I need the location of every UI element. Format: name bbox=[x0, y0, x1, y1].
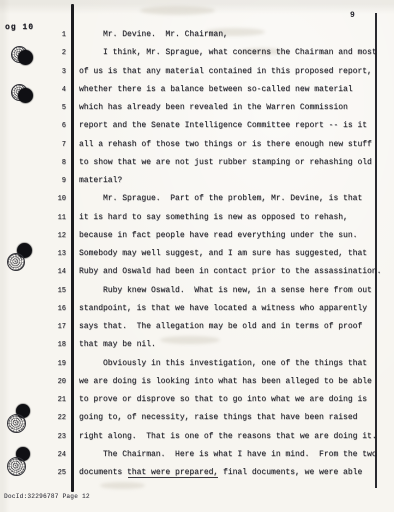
transcript-line-text: we are doing is looking into what has be… bbox=[79, 373, 391, 391]
transcript-line-text: to show that we are not just rubber stam… bbox=[79, 154, 391, 172]
line-number: 16 bbox=[44, 300, 66, 318]
transcript-line-text: right along. That is one of the reasons … bbox=[79, 428, 391, 446]
transcript-line-text: to prove or disprove so that to go into … bbox=[79, 391, 391, 409]
line-number: 15 bbox=[44, 282, 66, 300]
scribble-stamp-icon bbox=[7, 253, 25, 271]
transcript-line-text: Ruby and Oswald had been in contact prio… bbox=[79, 263, 391, 281]
transcript-line-text: all a rehash of those two things or is t… bbox=[79, 136, 391, 154]
transcript-line-text: Mr. Sprague. Part of the problem, Mr. De… bbox=[79, 190, 391, 208]
line-number: 2 bbox=[44, 44, 66, 62]
transcript-line-text: Mr. Devine. Mr. Chairman, bbox=[79, 26, 391, 44]
footer-docid: DocId:32296787 Page 12 bbox=[4, 493, 90, 500]
transcript-line-text: whether there is a balance between so-ca… bbox=[79, 81, 391, 99]
transcript-line-text: material? bbox=[79, 172, 391, 190]
line-number: 5 bbox=[44, 99, 66, 117]
transcript-line-text: Ruby knew Oswald. What is new, in a sens… bbox=[79, 282, 391, 300]
page-number: 9 bbox=[350, 11, 355, 20]
transcript-line-text: documents that were prepared, final docu… bbox=[79, 464, 391, 482]
scribble-stamp-icon bbox=[7, 457, 26, 476]
line-number: 23 bbox=[44, 428, 66, 446]
line-number: 22 bbox=[44, 409, 66, 427]
scan-smudge bbox=[140, 6, 215, 15]
transcript-line-text: Obviously in this investigation, one of … bbox=[79, 355, 391, 373]
transcript-line-text: going to, of necessity, raise things tha… bbox=[79, 409, 391, 427]
line-number: 4 bbox=[44, 81, 66, 99]
line-number: 3 bbox=[44, 63, 66, 81]
transcript-line-text: says that. The allegation may be old and… bbox=[79, 318, 391, 336]
line-number: 17 bbox=[44, 318, 66, 336]
transcript-line-text: I think, Mr. Sprague, what concerns the … bbox=[79, 44, 391, 62]
transcript-line-text: of us is that any material contained in … bbox=[79, 63, 391, 81]
line-number: 12 bbox=[44, 227, 66, 245]
line-number: 11 bbox=[44, 209, 66, 227]
line-number: 21 bbox=[44, 391, 66, 409]
line-number: 19 bbox=[44, 355, 66, 373]
line-number: 1 bbox=[44, 26, 66, 44]
line-number: 24 bbox=[44, 446, 66, 464]
line-number: 14 bbox=[44, 263, 66, 281]
transcript-line-text: that may be nil. bbox=[79, 336, 391, 354]
transcript-line-text: report and the Senate Intelligence Commi… bbox=[79, 117, 391, 135]
black-dot-icon bbox=[18, 88, 33, 103]
corner-note: og 10 bbox=[5, 23, 34, 32]
line-number: 9 bbox=[44, 172, 66, 190]
line-number: 13 bbox=[44, 245, 66, 263]
transcript-line-text: Somebody may well suggest, and I am sure… bbox=[79, 245, 391, 263]
transcript-line-text: standpoint, is that we have located a wi… bbox=[79, 300, 391, 318]
transcript-line-text: it is hard to say something is new as op… bbox=[79, 209, 391, 227]
transcript-line-text: because in fact people have read everyth… bbox=[79, 227, 391, 245]
line-number: 20 bbox=[44, 373, 66, 391]
black-dot-icon bbox=[18, 50, 33, 65]
line-number-column: 1234567891011121314151617181920212223242… bbox=[44, 26, 66, 482]
phrase-underline bbox=[128, 477, 218, 478]
line-number: 8 bbox=[44, 154, 66, 172]
line-number: 10 bbox=[44, 190, 66, 208]
transcript-line-text: The Chairman. Here is what I have in min… bbox=[79, 446, 391, 464]
line-number: 6 bbox=[44, 117, 66, 135]
line-number: 25 bbox=[44, 464, 66, 482]
left-margin-rule bbox=[71, 4, 74, 492]
transcript-text-column: Mr. Devine. Mr. Chairman,I think, Mr. Sp… bbox=[79, 26, 391, 482]
transcript-line-text: which has already been revealed in the W… bbox=[79, 99, 391, 117]
scanned-document-page: og 10 9 12345678910111213141516171819202… bbox=[0, 0, 394, 512]
scribble-stamp-icon bbox=[7, 414, 26, 433]
scan-smudge bbox=[100, 482, 145, 489]
line-number: 7 bbox=[44, 136, 66, 154]
line-number: 18 bbox=[44, 336, 66, 354]
